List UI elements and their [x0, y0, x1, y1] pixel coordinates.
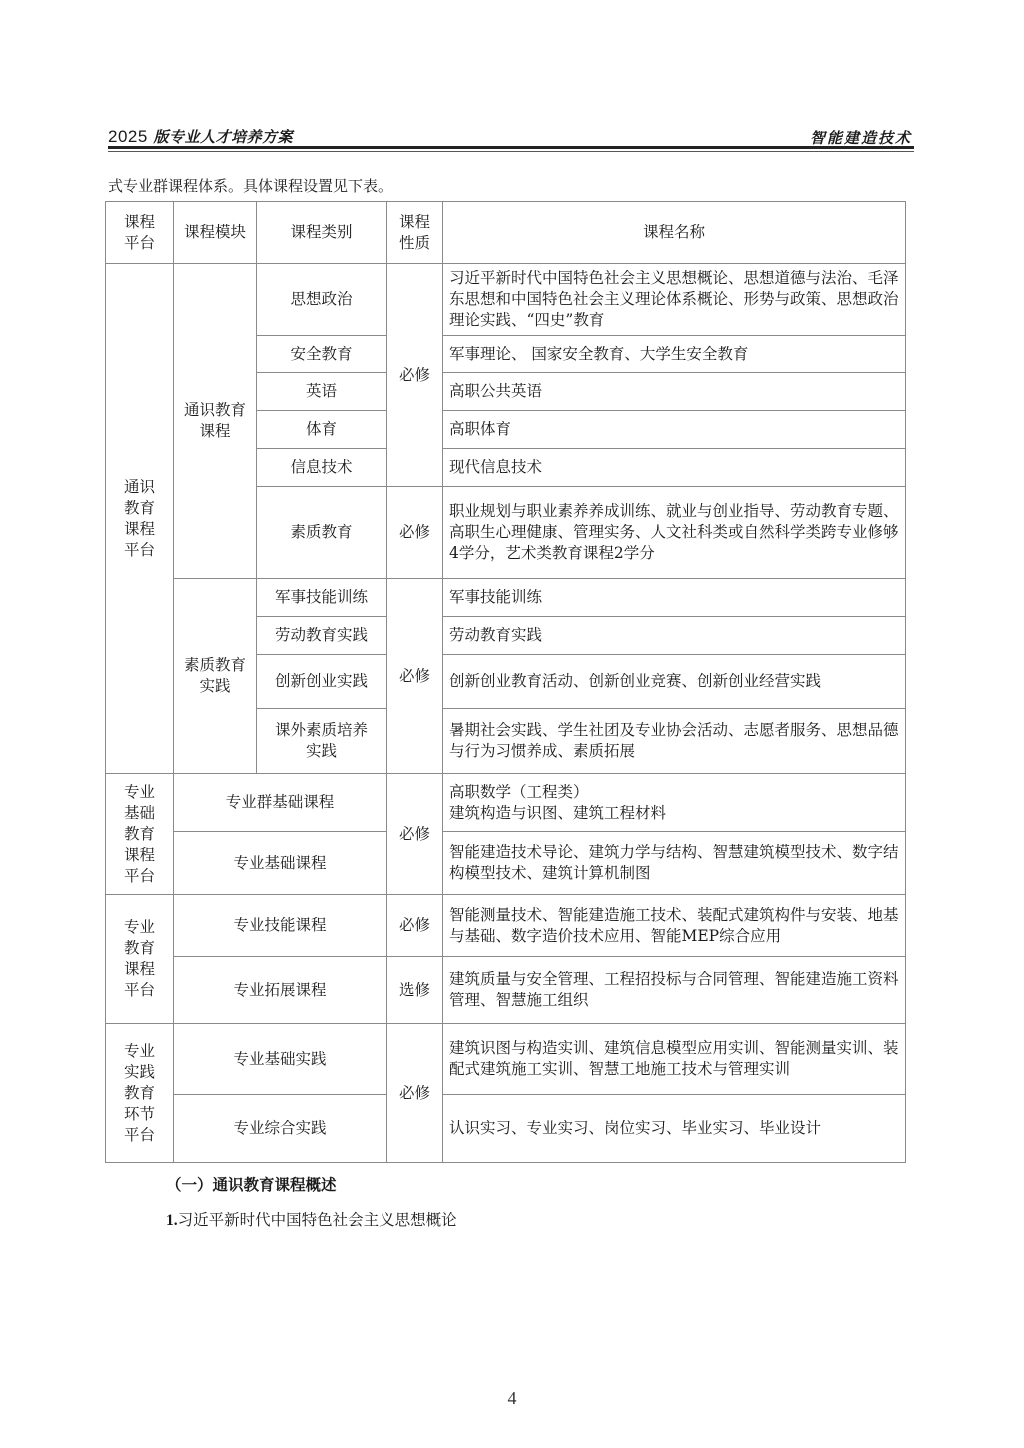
- category-text: 课外素质培养: [275, 721, 368, 739]
- module-text: 素质教育: [184, 656, 246, 674]
- header-cell-nature: 课程性质: [387, 202, 443, 264]
- course-names-cell: 建筑质量与安全管理、工程招投标与合同管理、智能建造施工资料管理、智慧施工组织: [443, 957, 906, 1024]
- course-names-cell: 高职数学（工程类） 建筑构造与识图、建筑工程材料: [443, 774, 906, 832]
- course-table: 课程平台 课程模块 课程类别 课程性质 课程名称 通识 教育 课程 平台 通识教…: [105, 201, 906, 1163]
- course-names-cell: 暑期社会实践、学生社团及专业协会活动、志愿者服务、思想品德与行为习惯养成、素质拓…: [443, 709, 906, 774]
- course-names-cell: 军事理论、 国家安全教育、大学生安全教育: [443, 336, 906, 373]
- course-names-cell: 高职公共英语: [443, 373, 906, 411]
- course-names-cell: 建筑识图与构造实训、建筑信息模型应用实训、智能测量实训、装配式建筑施工实训、智慧…: [443, 1024, 906, 1095]
- course-names-cell: 现代信息技术: [443, 449, 906, 487]
- platform-text: 环节: [124, 1105, 155, 1123]
- platform-text: 教育: [124, 939, 155, 957]
- course-line: 高职数学（工程类）: [449, 783, 589, 801]
- category-cell: 信息技术: [257, 449, 387, 487]
- header-rule-thin: [108, 151, 914, 152]
- table-row: 专业 教育 课程 平台 专业技能课程 必修 智能测量技术、智能建造施工技术、装配…: [106, 895, 906, 957]
- header-document-title: 2025 版专业人才培养方案: [108, 126, 293, 147]
- platform-text: 实践: [124, 1063, 155, 1081]
- table-row: 专业综合实践 认识实习、专业实习、岗位实习、毕业实习、毕业设计: [106, 1095, 906, 1163]
- category-text: 实践: [306, 742, 337, 760]
- nature-cell: 必修: [387, 1024, 443, 1163]
- category-cell: 劳动教育实践: [257, 617, 387, 655]
- table-row: 通识 教育 课程 平台 通识教育 课程 思想政治 必修 习近平新时代中国特色社会…: [106, 264, 906, 336]
- platform-text: 平台: [124, 867, 155, 885]
- platform-text: 课程: [124, 960, 155, 978]
- header-plan-title: 版专业人才培养方案: [148, 128, 293, 146]
- header-text: 课程: [124, 213, 155, 231]
- course-names-cell: 军事技能训练: [443, 579, 906, 617]
- table-row: 专业拓展课程 选修 建筑质量与安全管理、工程招投标与合同管理、智能建造施工资料管…: [106, 957, 906, 1024]
- category-cell: 思想政治: [257, 264, 387, 336]
- category-cell: 专业技能课程: [174, 895, 387, 957]
- platform-text: 教育: [124, 499, 155, 517]
- nature-cell: 必修: [387, 895, 443, 957]
- page-number: 4: [0, 1388, 1024, 1409]
- nature-cell: 必修: [387, 264, 443, 487]
- platform-text: 课程: [124, 846, 155, 864]
- header-cell-module: 课程模块: [174, 202, 257, 264]
- course-names-cell: 职业规划与职业素养养成训练、就业与创业指导、劳动教育专题、高职生心理健康、管理实…: [443, 487, 906, 579]
- intro-paragraph: 式专业群课程体系。具体课程设置见下表。: [108, 176, 393, 196]
- page-header: 2025 版专业人才培养方案 智能建造技术: [108, 124, 912, 154]
- subsection-text: 习近平新时代中国特色社会主义思想概论: [178, 1211, 457, 1229]
- category-cell: 专业基础实践: [174, 1024, 387, 1095]
- category-cell: 课外素质培养 实践: [257, 709, 387, 774]
- header-cell-course-names: 课程名称: [443, 202, 906, 264]
- platform-cell-professional-education: 专业 教育 课程 平台: [106, 895, 174, 1024]
- table-row: 专业基础课程 智能建造技术导论、建筑力学与结构、智慧建筑模型技术、数字结构模型技…: [106, 832, 906, 895]
- category-cell: 专业群基础课程: [174, 774, 387, 832]
- course-names-cell: 创新创业教育活动、创新创业竞赛、创新创业经营实践: [443, 655, 906, 709]
- platform-text: 基础: [124, 804, 155, 822]
- header-cell-platform: 课程平台: [106, 202, 174, 264]
- platform-text: 教育: [124, 825, 155, 843]
- platform-cell-professional-practice: 专业 实践 教育 环节 平台: [106, 1024, 174, 1163]
- course-line: 建筑构造与识图、建筑工程材料: [449, 804, 666, 822]
- header-rule-thick: [108, 146, 914, 149]
- platform-cell-professional-foundation: 专业 基础 教育 课程 平台: [106, 774, 174, 895]
- section-heading: （一）通识教育课程概述: [166, 1173, 337, 1195]
- course-names-cell: 高职体育: [443, 411, 906, 449]
- header-text: 课程: [399, 213, 430, 231]
- platform-text: 平台: [124, 541, 155, 559]
- table-header-row: 课程平台 课程模块 课程类别 课程性质 课程名称: [106, 202, 906, 264]
- platform-text: 教育: [124, 1084, 155, 1102]
- category-cell: 安全教育: [257, 336, 387, 373]
- table-row: 专业 实践 教育 环节 平台 专业基础实践 必修 建筑识图与构造实训、建筑信息模…: [106, 1024, 906, 1095]
- table-row: 素质教育 实践 军事技能训练 必修 军事技能训练: [106, 579, 906, 617]
- category-cell: 英语: [257, 373, 387, 411]
- category-cell: 专业拓展课程: [174, 957, 387, 1024]
- nature-cell: 选修: [387, 957, 443, 1024]
- table-row: 专业 基础 教育 课程 平台 专业群基础课程 必修 高职数学（工程类） 建筑构造…: [106, 774, 906, 832]
- module-text: 通识教育: [184, 401, 246, 419]
- subsection-number: 1.: [166, 1212, 178, 1229]
- module-cell-general-courses: 通识教育 课程: [174, 264, 257, 579]
- module-text: 实践: [199, 677, 230, 695]
- header-text: 性质: [399, 234, 430, 252]
- platform-text: 专业: [124, 1042, 155, 1060]
- course-names-cell: 习近平新时代中国特色社会主义思想概论、思想道德与法治、毛泽东思想和中国特色社会主…: [443, 264, 906, 336]
- platform-text: 专业: [124, 918, 155, 936]
- course-names-cell: 劳动教育实践: [443, 617, 906, 655]
- course-names-cell: 智能测量技术、智能建造施工技术、装配式建筑构件与安装、地基与基础、数字造价技术应…: [443, 895, 906, 957]
- platform-text: 平台: [124, 1126, 155, 1144]
- header-year: 2025: [108, 127, 148, 146]
- course-names-cell: 智能建造技术导论、建筑力学与结构、智慧建筑模型技术、数字结构模型技术、建筑计算机…: [443, 832, 906, 895]
- category-cell: 军事技能训练: [257, 579, 387, 617]
- course-names-cell: 认识实习、专业实习、岗位实习、毕业实习、毕业设计: [443, 1095, 906, 1163]
- platform-text: 课程: [124, 520, 155, 538]
- nature-cell: 必修: [387, 487, 443, 579]
- module-text: 课程: [199, 422, 230, 440]
- category-cell: 创新创业实践: [257, 655, 387, 709]
- header-text: 平台: [124, 234, 155, 252]
- nature-cell: 必修: [387, 774, 443, 895]
- category-cell: 专业基础课程: [174, 832, 387, 895]
- header-cell-category: 课程类别: [257, 202, 387, 264]
- category-cell: 素质教育: [257, 487, 387, 579]
- subsection-heading: 1.习近平新时代中国特色社会主义思想概论: [166, 1208, 457, 1230]
- nature-cell: 必修: [387, 579, 443, 774]
- module-cell-quality-practice: 素质教育 实践: [174, 579, 257, 774]
- platform-text: 通识: [124, 478, 155, 496]
- platform-text: 平台: [124, 981, 155, 999]
- header-major-name: 智能建造技术: [810, 127, 912, 148]
- platform-cell-general: 通识 教育 课程 平台: [106, 264, 174, 774]
- category-cell: 专业综合实践: [174, 1095, 387, 1163]
- category-cell: 体育: [257, 411, 387, 449]
- platform-text: 专业: [124, 783, 155, 801]
